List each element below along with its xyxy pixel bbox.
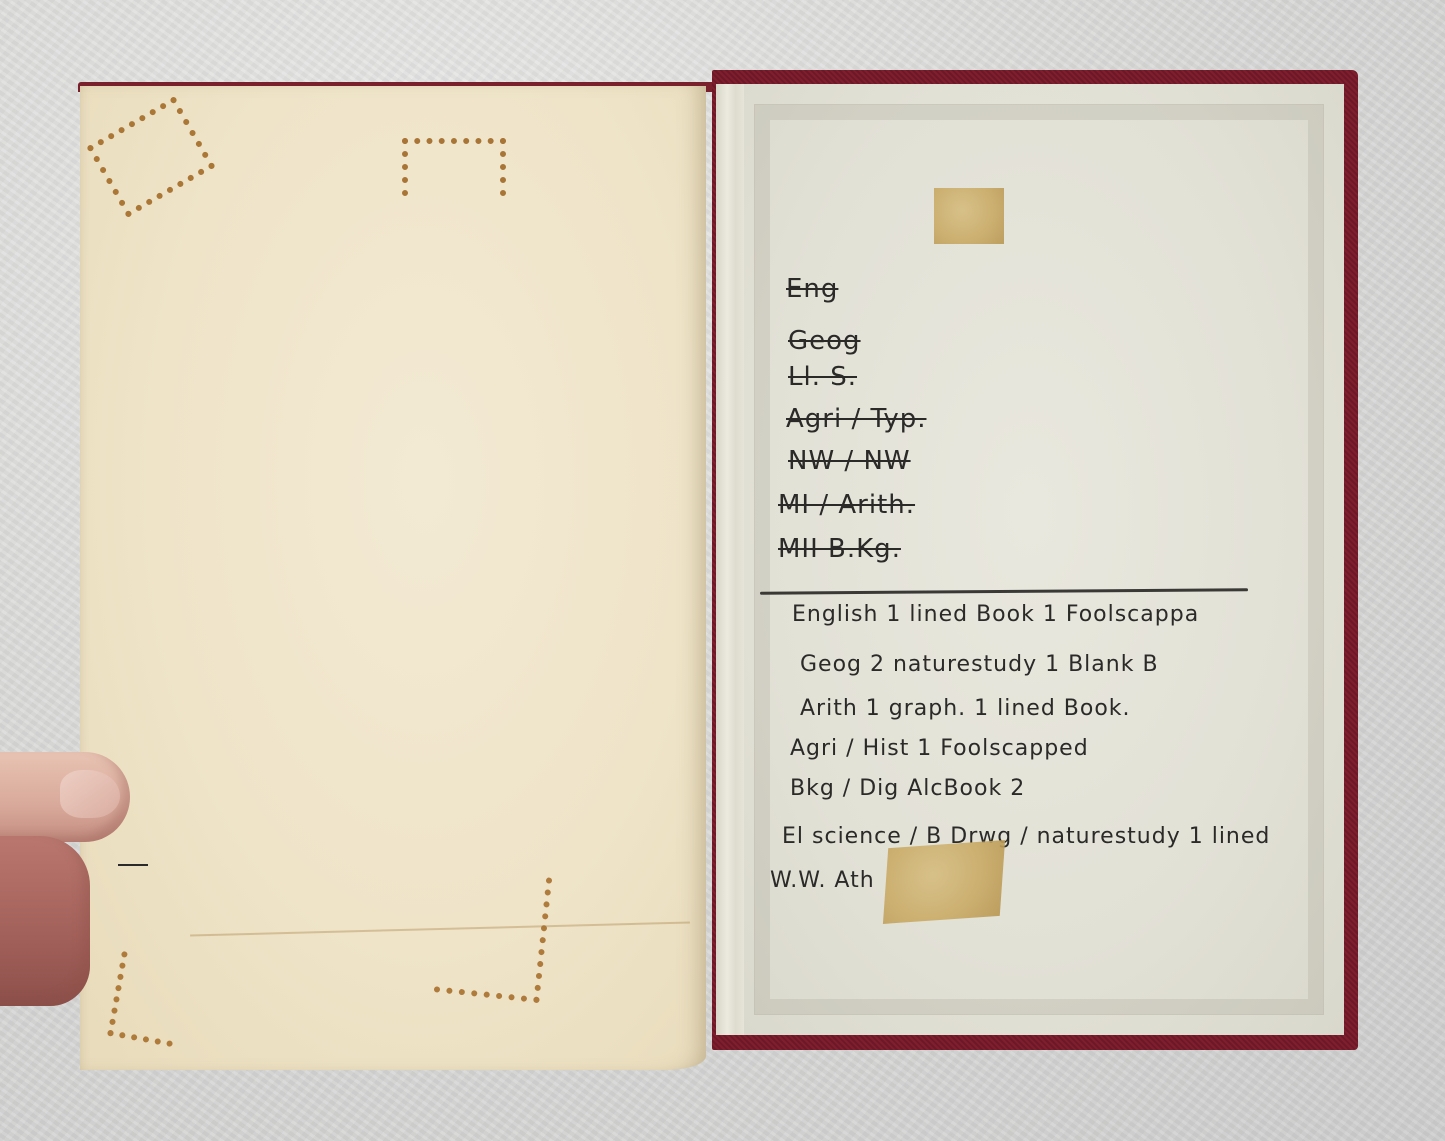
thumbnail-nail xyxy=(60,770,120,818)
book-list-entry: Geog 2 naturestudy 1 Blank B xyxy=(800,652,1159,677)
tape-stain-top-center xyxy=(402,138,506,196)
book-list-entry: Bkg / Dig AlcBook 2 xyxy=(790,776,1025,801)
tape-stain-bottom-left xyxy=(107,951,187,1047)
book-list-entry: Arith 1 graph. 1 lined Book. xyxy=(800,696,1131,721)
struck-subject: Eng xyxy=(786,274,838,304)
tape-residue-bottom xyxy=(883,840,1005,924)
struck-subject: NW / NW xyxy=(788,446,911,476)
struck-subject: MII B.Kg. xyxy=(778,534,901,564)
struck-subject: Ll. S. xyxy=(788,362,857,392)
book-list-entry: El science / B Drwg / naturestudy 1 line… xyxy=(782,824,1270,849)
tape-residue-top xyxy=(934,188,1004,244)
hand-fingers xyxy=(0,836,90,1006)
inside-cover-pastedown: Eng Geog Ll. S. Agri / Typ. NW / NW MI /… xyxy=(716,84,1344,1035)
book-list-entry: W.W. Ath xyxy=(770,868,875,893)
tape-stain-top-left xyxy=(86,96,215,218)
book-hinge xyxy=(716,84,744,1035)
struck-subject: Agri / Typ. xyxy=(786,404,926,434)
book-list-entry: Agri / Hist 1 Foolscapped xyxy=(790,736,1089,761)
book-list-entry: English 1 lined Book 1 Foolscappa xyxy=(792,602,1199,627)
left-endpaper-page xyxy=(80,86,706,1070)
pencil-mark xyxy=(118,864,148,866)
struck-subject: MI / Arith. xyxy=(778,490,915,520)
struck-subject: Geog xyxy=(788,326,861,356)
tape-stain-bottom-center xyxy=(434,867,553,1003)
